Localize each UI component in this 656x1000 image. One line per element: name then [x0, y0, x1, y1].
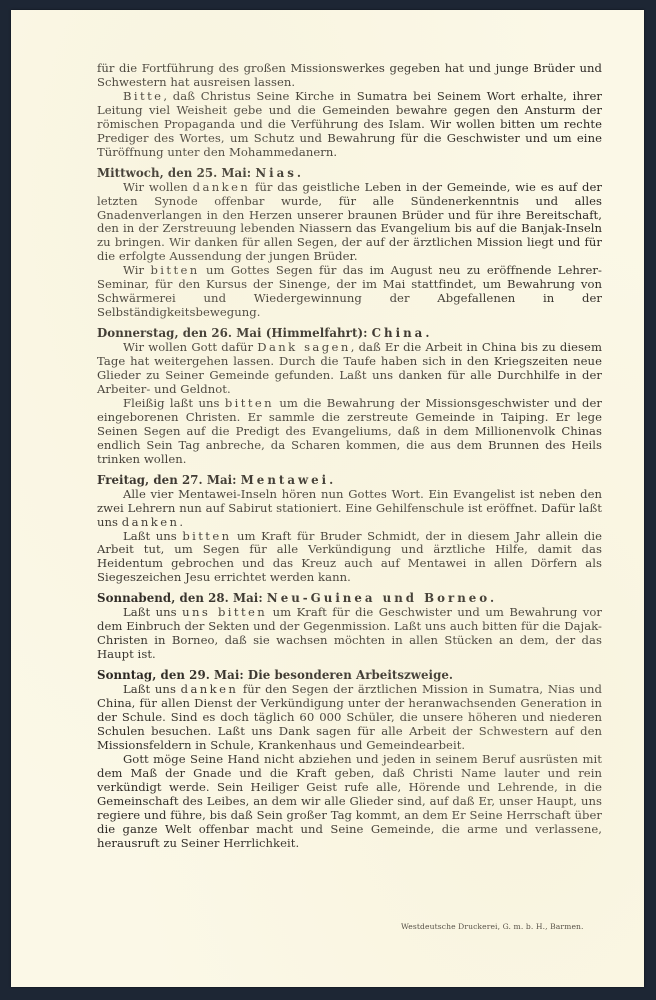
- section-friday-mentawei: Freitag, den 27. Mai: Mentawei. Alle vie…: [97, 474, 602, 586]
- document-page: für die Fortführung des großen Missionsw…: [11, 10, 644, 987]
- section-paragraph: Laßt uns uns bitten um Kraft für die Ges…: [97, 606, 602, 662]
- section-paragraph: Wir bitten um Gottes Segen für das im Au…: [97, 264, 602, 320]
- section-paragraph: Wir wollen Gott dafür Dank sagen, daß Er…: [97, 341, 602, 397]
- section-sunday-special-branches: Sonntag, den 29. Mai: Die besonderen Arb…: [97, 669, 602, 850]
- section-paragraph: Wir wollen danken für das geistliche Leb…: [97, 181, 602, 265]
- section-paragraph: Laßt uns danken für den Segen der ärztli…: [97, 683, 602, 753]
- section-topic: Neu-Guinea und Borneo.: [267, 591, 497, 605]
- emphasis-spaced: Bitte: [123, 89, 163, 103]
- intro-paragraph-1: für die Fortführung des großen Missionsw…: [97, 62, 602, 90]
- section-topic: China.: [372, 326, 433, 340]
- section-heading: Mittwoch, den 25. Mai: Nias.: [97, 167, 602, 181]
- section-topic: Nias.: [255, 166, 304, 180]
- section-wednesday-nias: Mittwoch, den 25. Mai: Nias. Wir wollen …: [97, 167, 602, 320]
- section-heading: Sonnabend, den 28. Mai: Neu-Guinea und B…: [97, 592, 602, 606]
- document-body: für die Fortführung des großen Missionsw…: [97, 62, 602, 850]
- printer-imprint: Westdeutsche Druckerei, G. m. b. H., Bar…: [401, 922, 584, 931]
- intro-paragraph-2: Bitte, daß Christus Seine Kirche in Suma…: [97, 90, 602, 160]
- section-paragraph: Fleißig laßt uns bitten um die Bewahrung…: [97, 397, 602, 467]
- section-paragraph: Alle vier Mentawei-Inseln hören nun Gott…: [97, 488, 602, 530]
- section-topic: Mentawei.: [241, 473, 336, 487]
- section-paragraph: Laßt uns bitten um Kraft für Bruder Schm…: [97, 530, 602, 586]
- section-paragraph: Gott möge Seine Hand nicht abziehen und …: [97, 753, 602, 851]
- section-heading: Sonntag, den 29. Mai: Die besonderen Arb…: [97, 669, 602, 683]
- paragraph-text: , daß Christus Seine Kirche in Sumatra b…: [97, 89, 602, 159]
- section-saturday-neuguinea-borneo: Sonnabend, den 28. Mai: Neu-Guinea und B…: [97, 592, 602, 662]
- section-heading: Freitag, den 27. Mai: Mentawei.: [97, 474, 602, 488]
- section-thursday-china: Donnerstag, den 26. Mai (Himmelfahrt): C…: [97, 327, 602, 467]
- section-topic: Die besonderen Arbeitszweige.: [248, 668, 453, 682]
- section-heading: Donnerstag, den 26. Mai (Himmelfahrt): C…: [97, 327, 602, 341]
